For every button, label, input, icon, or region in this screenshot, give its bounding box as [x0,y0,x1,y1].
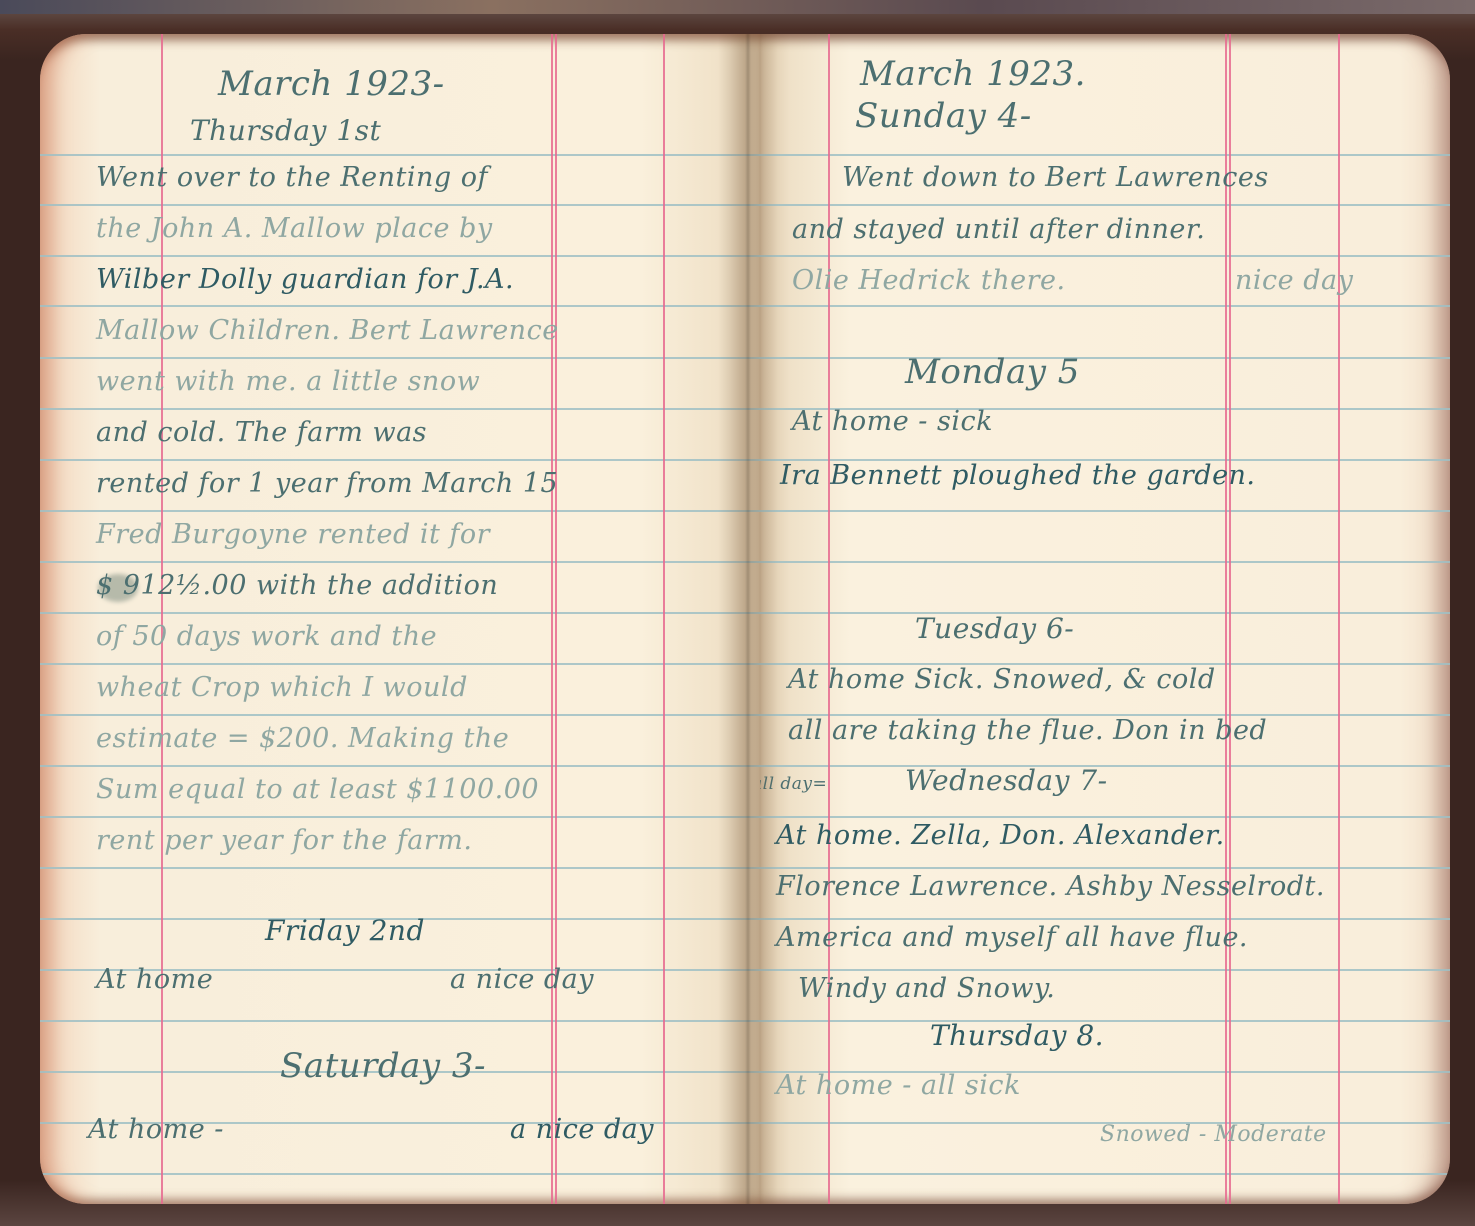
day-heading: Saturday 3- [280,1046,486,1086]
entry-line: the John A. Mallow place by [96,213,493,244]
entry-line: and cold. The farm was [96,417,427,448]
entry-line: rented for 1 year from March 15 [96,468,558,499]
entry-line: At home - [88,1114,224,1145]
day-heading: Monday 5 [905,352,1080,392]
entry-line: all are taking the flue. Don in bed [788,715,1267,746]
entry-line: $ 912½.00 with the addition [96,570,498,601]
entry-line: nice day [1235,265,1353,296]
entry-line: Mallow Children. Bert Lawrence [96,315,559,346]
entry-line: wheat Crop which I would [96,672,468,703]
month-header: March 1923. [860,54,1086,94]
entry-line: Went down to Bert Lawrences [842,162,1269,193]
entry-line: Olie Hedrick there. [792,265,1066,296]
entry-line: Sum equal to at least $1100.00 [96,774,539,805]
day-heading: Thursday 8. [930,1019,1104,1052]
entry-line: At home - all sick [776,1070,1021,1101]
entry-line: Windy and Snowy. [798,973,1055,1004]
background-edge [0,0,1475,14]
day-heading: Friday 2nd [265,914,425,947]
day-heading: Wednesday 7- [905,764,1108,797]
month-header: March 1923- [218,64,445,104]
entry-line: At home. Zella, Don. Alexander. [776,820,1225,851]
entry-line: Fred Burgoyne rented it for [96,519,490,550]
right-page: March 1923. Sunday 4- Went down to Bert … [760,34,1450,1204]
entry-line: Snowed - Moderate [1100,1122,1327,1147]
entry-line: Wilber Dolly guardian for J.A. [96,264,514,295]
entry-line: a nice day [510,1114,654,1145]
entry-line: Florence Lawrence. Ashby Nesselrodt. [776,871,1325,902]
entry-line: and stayed until after dinner. [792,214,1205,245]
book-gutter [718,34,778,1204]
day-heading: Thursday 1st [190,114,381,147]
left-page: March 1923- Thursday 1st Went over to th… [40,34,760,1204]
entry-line: Ira Bennett ploughed the garden. [780,460,1256,491]
entry-line: America and myself all have flue. [776,922,1248,953]
entry-line: rent per year for the farm. [96,825,473,856]
entry-line: Went over to the Renting of [96,162,488,193]
entry-line: estimate = $200. Making the [96,723,509,754]
entry-line: of 50 days work and the [96,621,437,652]
entry-line: At home Sick. Snowed, & cold [788,664,1216,695]
entry-line: went with me. a little snow [96,366,480,397]
entry-line: At home [96,964,213,995]
entry-line: a nice day [450,964,594,995]
day-heading: Sunday 4- [855,96,1032,136]
entry-line: At home - sick [792,406,993,437]
day-heading: Tuesday 6- [915,612,1074,645]
